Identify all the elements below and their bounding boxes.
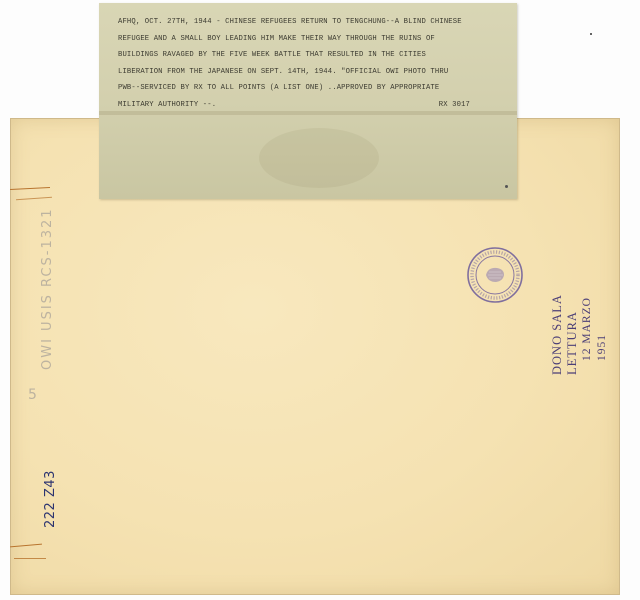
- pencil-digit: 5: [28, 387, 37, 403]
- caption-line: LIBERATION FROM THE JAPANESE ON SEPT. 14…: [118, 64, 508, 81]
- caption-line: PWB--SERVICED BY RX TO ALL POINTS (A LIS…: [118, 80, 508, 97]
- rust-mark: [14, 558, 46, 559]
- donation-stamp-line1: DONO SALA LETTURA: [550, 285, 580, 375]
- slip-smudge: [259, 128, 379, 188]
- caption-text: AFHQ, OCT. 27th, 1944 - CHINESE REFUGEES…: [118, 14, 508, 114]
- speck: [505, 185, 508, 188]
- donation-stamp: DONO SALA LETTURA 12 MARZO 1951: [550, 285, 610, 375]
- typed-caption-slip: AFHQ, OCT. 27th, 1944 - CHINESE REFUGEES…: [99, 3, 517, 199]
- caption-line: AFHQ, OCT. 27th, 1944 - CHINESE REFUGEES…: [118, 14, 508, 31]
- ink-catalog-number: 222 Z43: [43, 470, 58, 528]
- caption-authority: MILITARY AUTHORITY --.: [118, 97, 216, 114]
- donation-stamp-date: 12 MARZO 1951: [580, 285, 610, 375]
- pencil-archive-note: OWI USIS RCS-1321: [40, 207, 55, 370]
- caption-line: BUILDINGS RAVAGED BY THE FIVE WEEK BATTL…: [118, 47, 508, 64]
- caption-line: REFUGEE AND A SMALL BOY LEADING HIM MAKE…: [118, 31, 508, 48]
- caption-last-line: MILITARY AUTHORITY --. RX 3017: [118, 97, 470, 114]
- circular-library-stamp-icon: [466, 246, 524, 304]
- caption-reference: RX 3017: [439, 97, 470, 114]
- speck: [590, 33, 592, 35]
